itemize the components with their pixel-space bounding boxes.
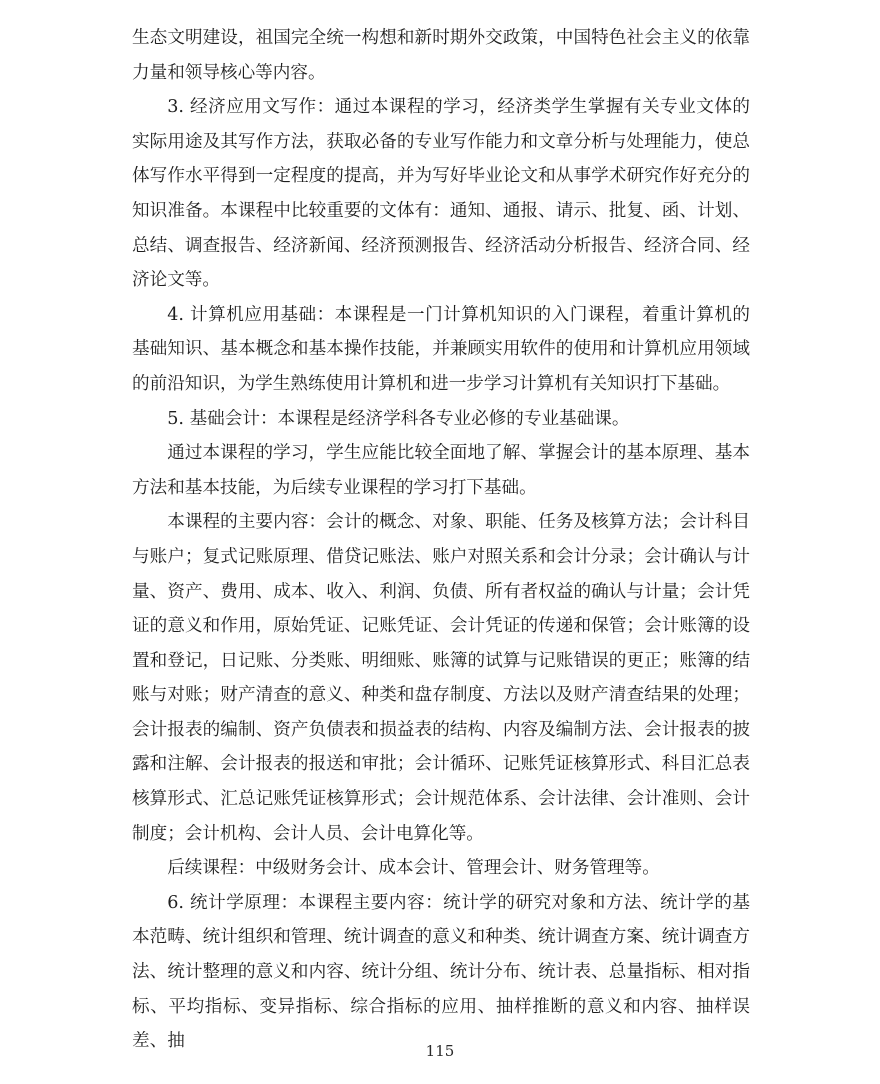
paragraph-course-4-computer-basics: 4. 计算机应用基础：本课程是一门计算机知识的入门课程，着重计算机的基础知识、基… <box>132 298 750 402</box>
paragraph-course-3-economic-writing: 3. 经济应用文写作：通过本课程的学习，经济类学生掌握有关专业文体的实际用途及其… <box>132 90 750 298</box>
paragraph-continuation: 生态文明建设，祖国完全统一构想和新时期外交政策，中国特色社会主义的依靠力量和领导… <box>132 21 750 90</box>
paragraph-course-6-statistics: 6. 统计学原理：本课程主要内容：统计学的研究对象和方法、统计学的基本范畴、统计… <box>132 886 750 1059</box>
paragraph-follow-up-courses: 后续课程：中级财务会计、成本会计、管理会计、财务管理等。 <box>132 851 750 886</box>
paragraph-course-5-basic-accounting: 5. 基础会计：本课程是经济学科各专业必修的专业基础课。 <box>132 402 750 437</box>
paragraph-accounting-goals: 通过本课程的学习，学生应能比较全面地了解、掌握会计的基本原理、基本方法和基本技能… <box>132 436 750 505</box>
page-number: 115 <box>0 1040 880 1062</box>
document-page: 生态文明建设，祖国完全统一构想和新时期外交政策，中国特色社会主义的依靠力量和领导… <box>0 0 880 1084</box>
paragraph-accounting-contents: 本课程的主要内容：会计的概念、对象、职能、任务及核算方法；会计科目与账户；复式记… <box>132 505 750 851</box>
document-text: 生态文明建设，祖国完全统一构想和新时期外交政策，中国特色社会主义的依靠力量和领导… <box>132 21 750 1059</box>
